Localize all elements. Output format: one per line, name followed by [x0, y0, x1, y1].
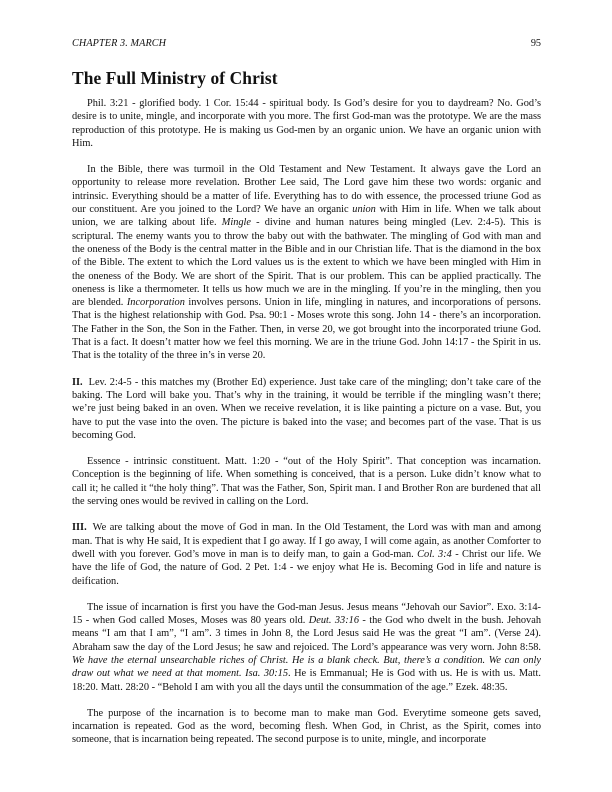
text-segment: Phil. 3:21 - glorified body. 1 Cor. 15:4… — [72, 98, 541, 149]
running-header: CHAPTER 3. MARCH 95 — [72, 38, 541, 52]
italic-text: Incorporation — [127, 297, 185, 308]
italic-text: union — [352, 204, 376, 215]
document-page: CHAPTER 3. MARCH 95 The Full Ministry of… — [72, 38, 541, 760]
text-segment: The purpose of the incarnation is to bec… — [72, 708, 541, 746]
text-segment: - divine and human natures being mingled… — [72, 217, 541, 308]
section-number: II. — [72, 377, 83, 388]
section-title: The Full Ministry of Christ — [72, 68, 541, 89]
section-number: III. — [72, 522, 87, 533]
italic-text: Deut. 33:16 — [309, 615, 359, 626]
paragraph-p1: Phil. 3:21 - glorified body. 1 Cor. 15:4… — [72, 97, 541, 150]
chapter-label: CHAPTER 3. MARCH — [72, 38, 166, 52]
paragraph-p2: In the Bible, there was turmoil in the O… — [72, 163, 541, 362]
text-segment: Lev. 2:4-5 - this matches my (Brother Ed… — [72, 377, 541, 441]
italic-text: Col. 3:4 — [417, 549, 452, 560]
paragraph-p4: Essence - intrinsic constituent. Matt. 1… — [72, 455, 541, 508]
paragraph-p3: II.Lev. 2:4-5 - this matches my (Brother… — [72, 376, 541, 442]
paragraph-p6: The issue of incarnation is first you ha… — [72, 601, 541, 694]
text-segment: Essence - intrinsic constituent. Matt. 1… — [72, 456, 541, 507]
page-number: 95 — [531, 38, 541, 52]
paragraph-p7: The purpose of the incarnation is to bec… — [72, 707, 541, 747]
body-text: Phil. 3:21 - glorified body. 1 Cor. 15:4… — [72, 97, 541, 747]
paragraph-p5: III.We are talking about the move of God… — [72, 521, 541, 587]
italic-text: Mingle — [222, 217, 251, 228]
